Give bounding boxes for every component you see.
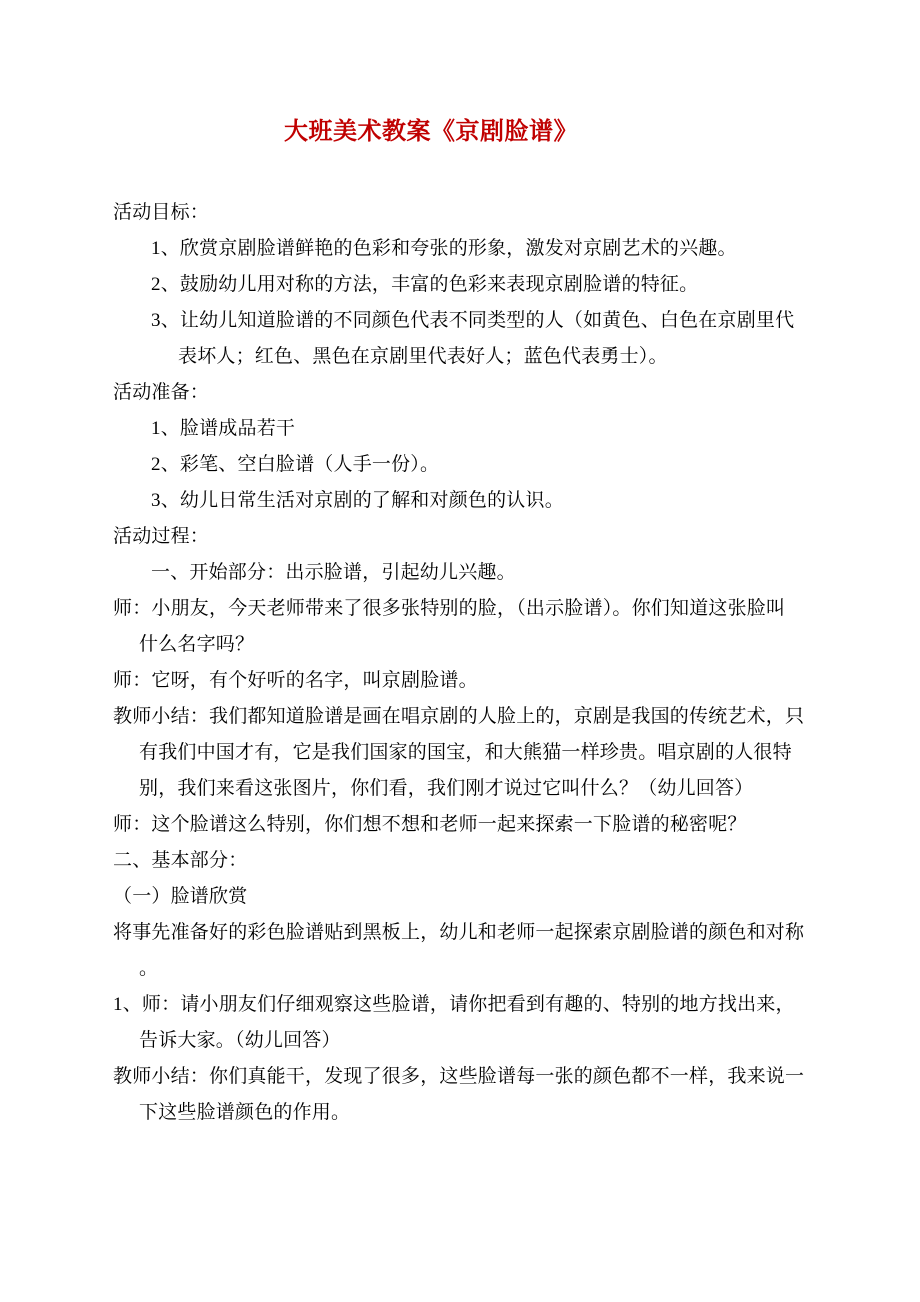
text-line: 什么名字吗？ bbox=[113, 627, 820, 663]
text-line: 表坏人；红色、黑色在京剧里代表好人；蓝色代表勇士）。 bbox=[113, 339, 820, 375]
text-line: 。 bbox=[113, 951, 820, 987]
section-heading-preparation: 活动准备： bbox=[113, 375, 820, 411]
text-line: 教师小结：我们都知道脸谱是画在唱京剧的人脸上的，京剧是我国的传统艺术，只 bbox=[113, 699, 820, 735]
text-line: 师：这个脸谱这么特别，你们想不想和老师一起来探索一下脸谱的秘密呢？ bbox=[113, 807, 820, 843]
text-line: 有我们中国才有，它是我们国家的国宝，和大熊猫一样珍贵。唱京剧的人很特 bbox=[113, 735, 820, 771]
document-page: 大班美术教案《京剧脸谱》 活动目标： 1、欣赏京剧脸谱鲜艳的色彩和夸张的形象，激… bbox=[0, 0, 920, 1302]
text-line: 1、脸谱成品若干 bbox=[113, 411, 820, 447]
text-line: 师：小朋友，今天老师带来了很多张特别的脸，（出示脸谱）。你们知道这张脸叫 bbox=[113, 591, 820, 627]
text-line: 教师小结：你们真能干，发现了很多，这些脸谱每一张的颜色都不一样，我来说一 bbox=[113, 1059, 820, 1095]
text-line: 一、开始部分：出示脸谱，引起幼儿兴趣。 bbox=[113, 555, 820, 591]
text-line: 3、幼儿日常生活对京剧的了解和对颜色的认识。 bbox=[113, 483, 820, 519]
text-line: 将事先准备好的彩色脸谱贴到黑板上，幼儿和老师一起探索京剧脸谱的颜色和对称 bbox=[113, 915, 820, 951]
subsection-heading: （一）脸谱欣赏 bbox=[113, 879, 820, 915]
section-heading-goals: 活动目标： bbox=[113, 195, 820, 231]
text-line: 师：它呀，有个好听的名字，叫京剧脸谱。 bbox=[113, 663, 820, 699]
text-line: 1、欣赏京剧脸谱鲜艳的色彩和夸张的形象，激发对京剧艺术的兴趣。 bbox=[113, 231, 820, 267]
text-line: 2、彩笔、空白脸谱（人手一份）。 bbox=[113, 447, 820, 483]
section-heading-process: 活动过程： bbox=[113, 519, 820, 555]
section-heading-part-two: 二、基本部分： bbox=[113, 843, 820, 879]
document-body: 活动目标： 1、欣赏京剧脸谱鲜艳的色彩和夸张的形象，激发对京剧艺术的兴趣。 2、… bbox=[113, 195, 820, 1131]
text-line: 告诉大家。（幼儿回答） bbox=[113, 1023, 820, 1059]
text-line: 1、师：请小朋友们仔细观察这些脸谱，请你把看到有趣的、特别的地方找出来， bbox=[113, 987, 820, 1023]
text-line: 下这些脸谱颜色的作用。 bbox=[113, 1095, 820, 1131]
text-line: 3、让幼儿知道脸谱的不同颜色代表不同类型的人（如黄色、白色在京剧里代 bbox=[113, 303, 820, 339]
text-line: 别，我们来看这张图片，你们看，我们刚才说过它叫什么？（幼儿回答） bbox=[113, 771, 820, 807]
page-title: 大班美术教案《京剧脸谱》 bbox=[0, 114, 920, 150]
text-line: 2、鼓励幼儿用对称的方法，丰富的色彩来表现京剧脸谱的特征。 bbox=[113, 267, 820, 303]
